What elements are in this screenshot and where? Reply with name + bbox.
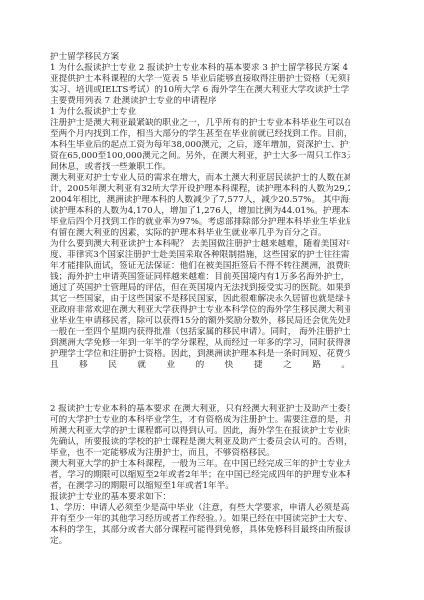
text-line: 一般在一至四个星期内获得批准（包括家属的移民申请）。同时， 海外注册护士可以申请 xyxy=(50,327,350,338)
text-line: 本科的学生，其部分或者大部分课程可能得到免修，具体免修科目最终由所报读的大学决 xyxy=(50,525,350,536)
text-line: 澳大利亚大学的护士本科课程，一般为三年。在中国已经完成三年的护士专业大专文凭 xyxy=(50,459,350,470)
text-line: 亚提供护士本科课程的大学一览表 5 毕业后能够直接取得注册护士资格（无须再参加医… xyxy=(50,74,350,85)
text-line: 报读护士专业的基本要求如下： xyxy=(50,492,350,503)
text-line: 毕业后四个月找到工作的就业率为97%。考虑部排除部分护理本科毕业生毕业后改行或没 xyxy=(50,217,350,228)
document-title: 护士留学移民方案 xyxy=(50,52,350,63)
text-line: 毕业，也不一定能够成为注册护士，而且，不够资格移民。 xyxy=(50,448,350,459)
text-line: 计，2005年澳大利亚有32所大学开设护理本科课程，读护理本科的人数为29,25… xyxy=(50,184,350,195)
text-line: 先确认，所要报读的学校的护士课程是澳大利亚及助产士委员会认可的。否则，即使大学 xyxy=(50,437,350,448)
text-line: 2 报读护士专业本科的基本要求 在澳大利亚，只有经澳大利亚护士及助产士委员会认 xyxy=(50,404,350,415)
text-line: 且 移 民 就 业 的 快 捷 之 路 。 xyxy=(50,360,350,371)
text-line: 本科生毕业后的起点工资为每年38,000澳元，之后，逐年增加，资深护士、护士长的… xyxy=(50,140,350,151)
text-line: 1 为什么报读护士专业 2 报读护士专业本科的基本要求 3 护士留学移民方案 4… xyxy=(50,63,350,74)
text-line: 并有至少一年的其他学习经历或者工作经验。）。如果已经在中国读完护士大专、中专或者 xyxy=(50,514,350,525)
text-line: 定。 xyxy=(50,536,350,547)
text-line: 有留在澳大利亚的因素，实际的护理本科毕业生就业率几乎为百分之百。 xyxy=(50,228,350,239)
text-line: 通过了英国护士管理局的评估，但在英国境内无法找到接受实习的医院。如果到新加坡等 xyxy=(50,283,350,294)
text-line: 钱；海外护士申请英国签证同样越来越难：目前英国境内有1万多名海外护士，尽管他们 xyxy=(50,272,350,283)
text-line: 年才能排队面试，签证无法保证：他们在被美国拒签后不得不转往澳洲，浪费时间和金 xyxy=(50,261,350,272)
text-line: 度、菲律宾3个国家注册护士赴美国采取各种限制措施，这些国家的护士往往需要等待几 xyxy=(50,250,350,261)
text-line: 2004年相比，澳洲读护理本科的人数减少了7,577人，减少20.57%。 其中… xyxy=(50,195,350,206)
text-line: 者，在澳学习的期限可以缩短至1年或者1年半。 xyxy=(50,481,350,492)
text-line: 1 为什么报读护士专业 xyxy=(50,107,350,118)
text-line: 主要费用列表 7 赴澳读护士专业的申请程序 xyxy=(50,96,350,107)
text-line: 澳大利亚对护士专业人员的需求在增大，而本土澳大利亚居民读护士的人数在减少。据统 xyxy=(50,173,350,184)
text-line: 亚政府非常欢迎在澳大利亚大学获得护士专业本科学位的海外学生移民澳大利亚。护士专 xyxy=(50,305,350,316)
text-line: 业毕业生申请移民者，除可以获得15分的额外奖励分数外，移民局还会优先处理其申请， xyxy=(50,316,350,327)
text-line: 资在65,000至100,000澳元之间。另外，在澳大利亚，护士大多一周只工作3… xyxy=(50,151,350,162)
text-line: 1、学历：申请人必须至少是高中毕业（注意，有些大学要求，申请人必须是高中毕业， xyxy=(50,503,350,514)
text-line: 为什么要到澳大利亚读护士本科呢？ 去美国做注册护士越来越难，随着美国对中国、印 xyxy=(50,239,350,250)
text-line: 间休息，或者找一些兼职工作。 xyxy=(50,162,350,173)
text-line: 至两个月内找到工作，相当大部分的学生甚至在毕业前就已经找到工作。目前，护士专业 xyxy=(50,129,350,140)
text-line: 注册护士是澳大利亚最紧缺的职业之一，几乎所有的护士专业本科毕业生可以在毕业后一 xyxy=(50,118,350,129)
text-line: 者，学习的期限可以缩短至2年或者2年半；在中国已经完成四年的护理专业本科学位 xyxy=(50,470,350,481)
text-line: 实习、培训或IELTS考试）的10所大学 6 海外学生在澳大利亚大学攻读护士学位… xyxy=(50,85,350,96)
text-line: 读护理本科的人数为4,170人，增加了1,276人，增加比例为44.01%。护理… xyxy=(50,206,350,217)
text-line: 可的大学护士专业的本科毕业学生，才有资格成为注册护士。需要注意的是，并不是每一 xyxy=(50,415,350,426)
text-line: 所澳大利亚大学的护士课程都可以得到认可。因此，海外学生在报读护士专业时，一定要 xyxy=(50,426,350,437)
text-line: 其它一些国家，由于这些国家不是移民国家，因此很难解决永久居留也就是绿卡。澳大利 xyxy=(50,294,350,305)
text-line: 护理学士学位和注册护士资格。因此，到澳洲读护理本科是一条时间短、花费少、移民快 xyxy=(50,349,350,360)
text-line: 到澳洲大学免修一年到一年半的学分课程，从而经过一年多的学习，同时获得澳洲大学的 xyxy=(50,338,350,349)
